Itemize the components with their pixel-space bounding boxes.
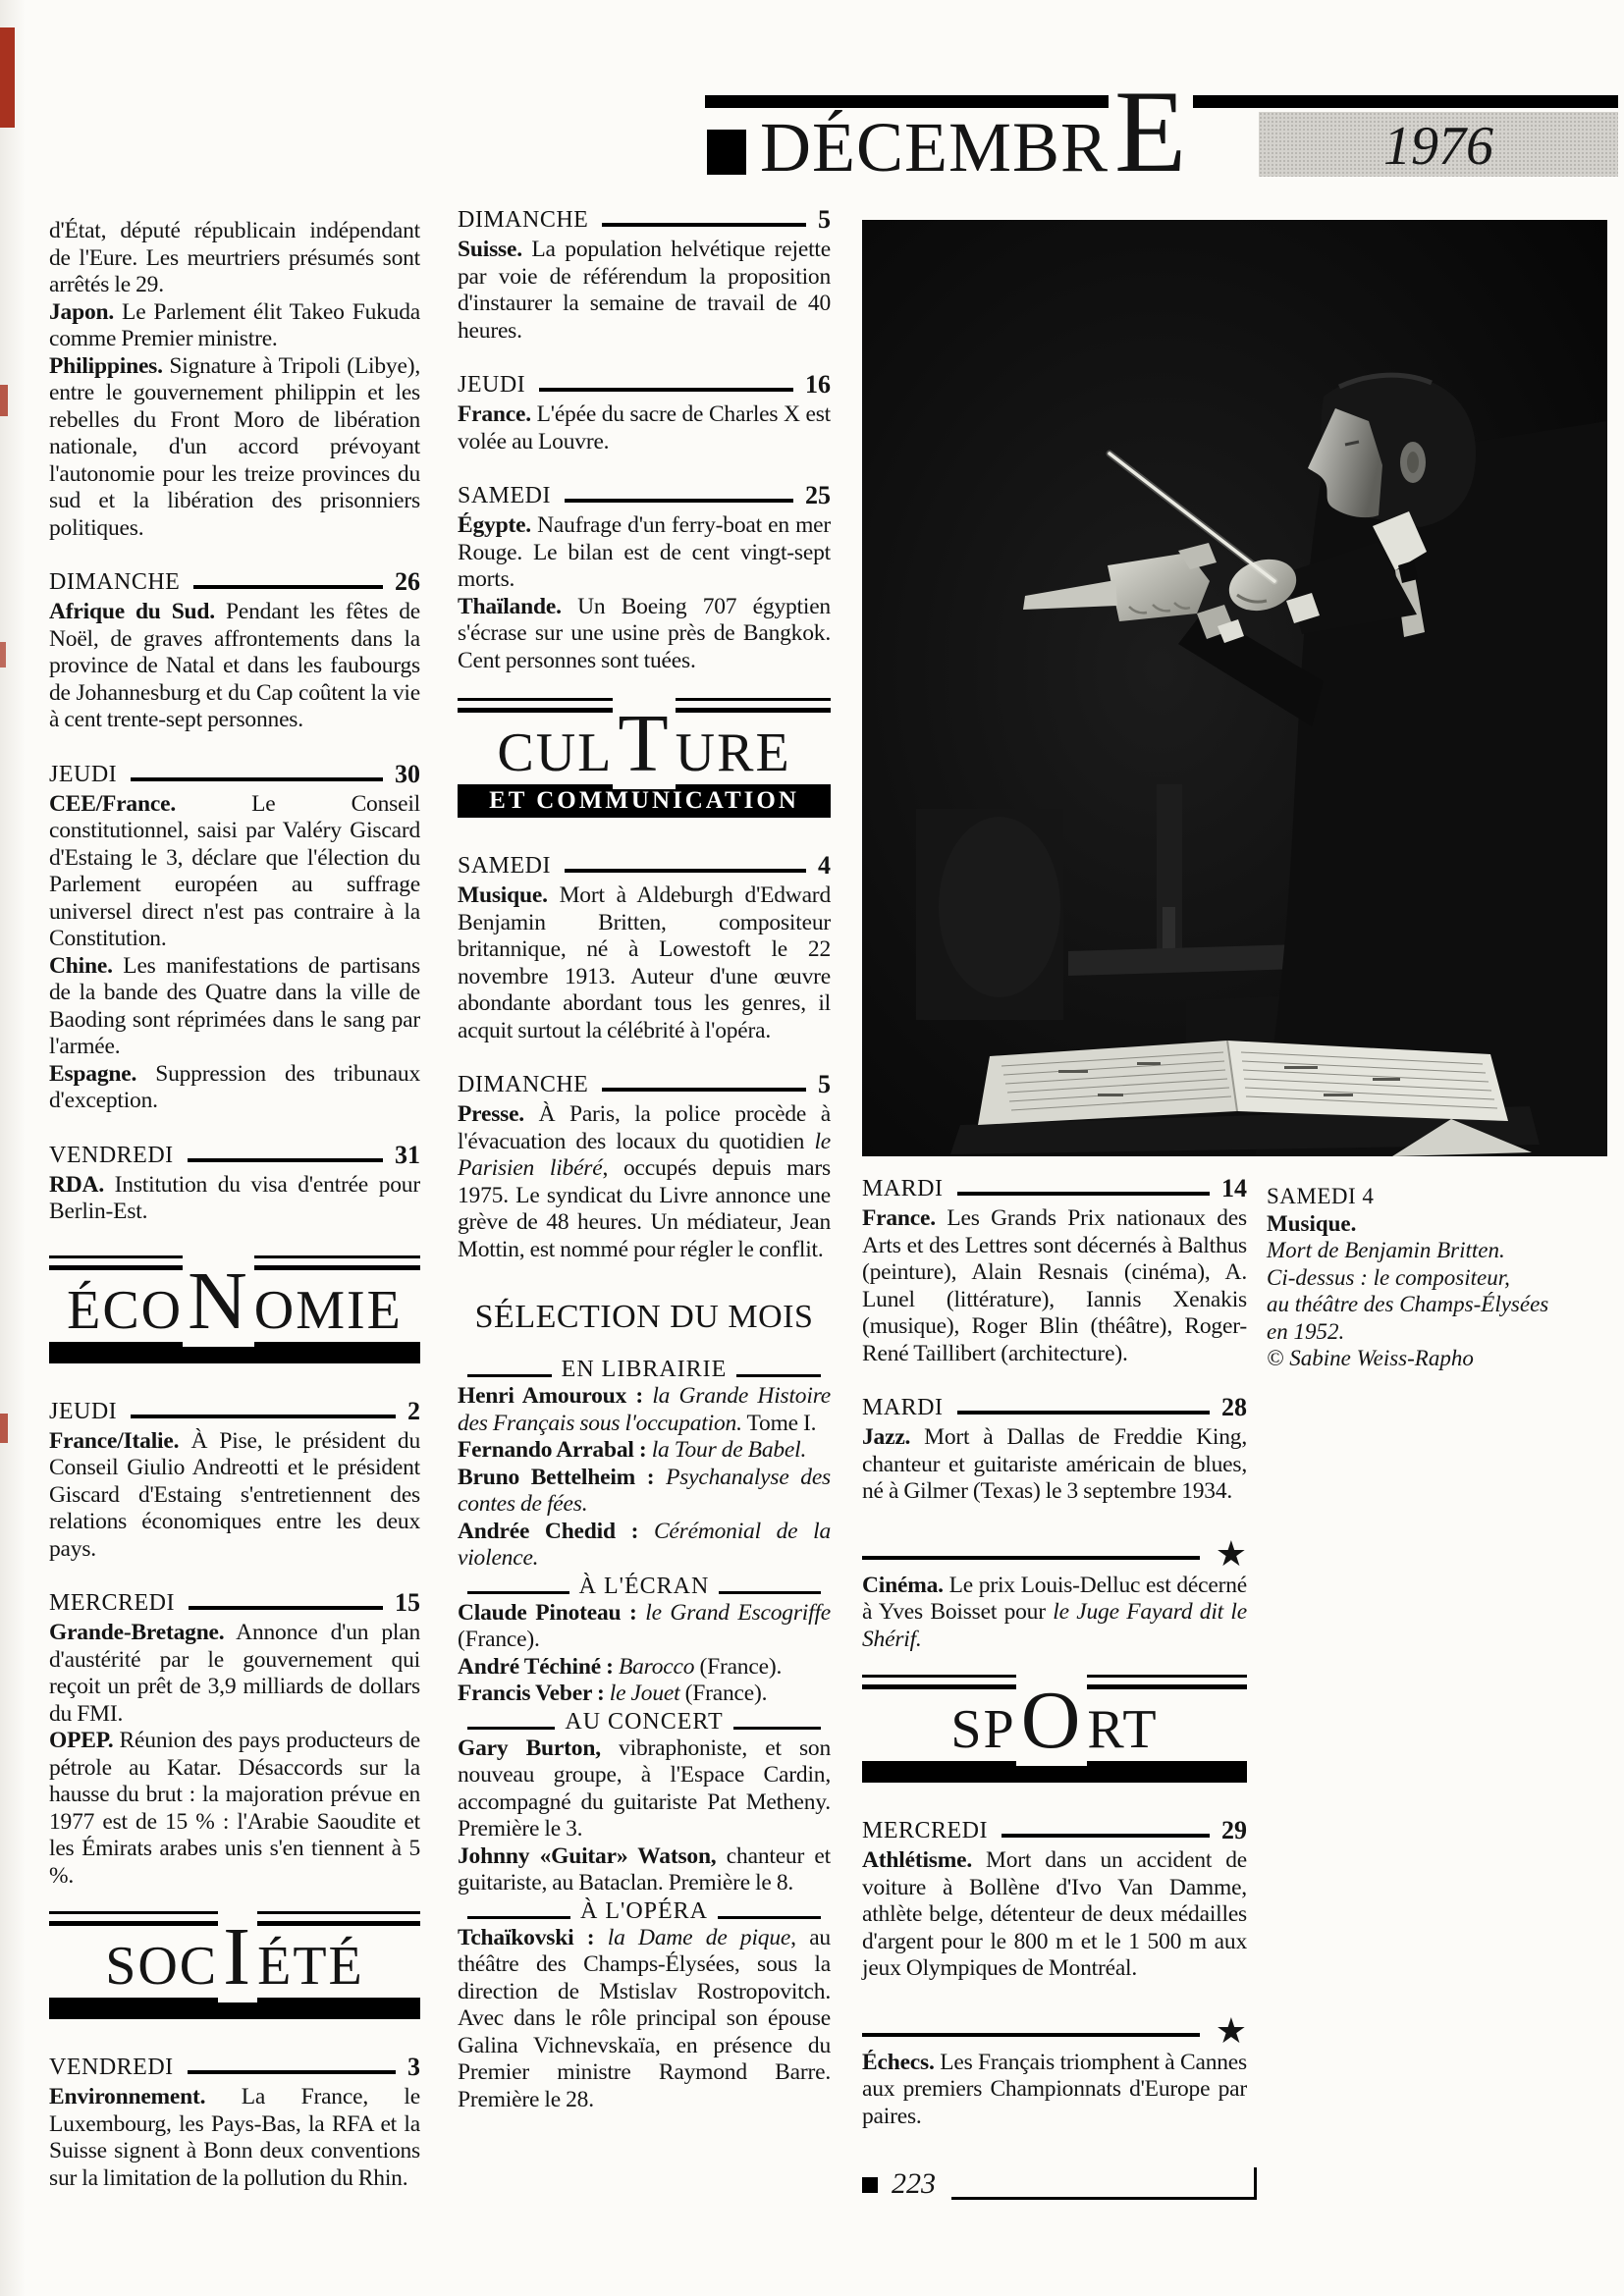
text-run: Tome I. [742, 1411, 817, 1436]
day-heading: SAMEDI25 [458, 482, 831, 509]
day-number: 2 [407, 1398, 420, 1425]
section-title: CULTURE [458, 698, 831, 799]
text-run: Mort à Dallas de Freddie King, chanteur … [862, 1424, 1247, 1504]
italic-run: le Grand Escogriffe [637, 1600, 831, 1626]
day-label: DIMANCHE [458, 206, 588, 234]
year-box: 1976 [1259, 112, 1618, 177]
day-label: MERCREDI [49, 1589, 175, 1617]
paragraph: Suisse. La population helvétique rejette… [458, 237, 831, 345]
square-bullet-icon [862, 2177, 878, 2193]
day-number: 26 [395, 568, 420, 596]
bold-run: France. [458, 401, 531, 427]
bold-run: Thaïlande. [458, 594, 562, 619]
day-label: MARDI [862, 1394, 944, 1421]
subsection-label: À L'OPÉRA [580, 1897, 708, 1925]
paragraph: Jazz. Mort à Dallas de Freddie King, cha… [862, 1424, 1247, 1506]
bold-run: Johnny «Guitar» Watson, [458, 1843, 716, 1869]
section-heading-sport: SPORT [862, 1675, 1247, 1790]
subsection-heading: AU CONCERT [458, 1708, 831, 1735]
month-title-big-letter: E [1109, 66, 1193, 196]
section-title-pre: SP [950, 1699, 1015, 1760]
bold-run: Claude Pinoteau : [458, 1600, 637, 1626]
bold-run: Afrique du Sud. [49, 599, 215, 624]
column-sport: MARDI14France. Les Grands Prix nationaux… [862, 1153, 1247, 2130]
day-rule [188, 2070, 396, 2074]
page-number: 223 [892, 2168, 936, 2200]
section-heading-economie: ÉCONOMIE [49, 1255, 420, 1371]
square-bullet-icon [707, 130, 746, 175]
photo-illustration [862, 220, 1607, 1156]
scan-artifact [0, 385, 8, 416]
subsection-rule [736, 1374, 821, 1377]
section-title: SPORT [862, 1675, 1247, 1776]
paragraph: Grande-Bretagne. Annonce d'un plan d'aus… [49, 1620, 420, 1728]
month-title: DÉCEMBRE [707, 84, 1193, 183]
footer-rule [951, 2167, 1257, 2200]
caption-line: en 1952. [1267, 1318, 1610, 1346]
subsection-label: EN LIBRAIRIE [562, 1356, 728, 1383]
subsection-heading: À L'ÉCRAN [458, 1573, 831, 1600]
day-rule [602, 1088, 806, 1092]
day-rule [539, 388, 793, 392]
bold-run: Environnement. [49, 2084, 205, 2109]
day-rule [565, 499, 793, 503]
paragraph: Presse. À Paris, la police procède à l'é… [458, 1101, 831, 1263]
photo-caption: SAMEDI 4 Musique. Mort de Benjamin Britt… [1267, 1183, 1610, 1372]
section-title-post: OMIE [254, 1280, 403, 1341]
day-heading: JEUDI30 [49, 761, 420, 788]
magazine-page: { "header": { "square": "■", "title_pre"… [0, 0, 1624, 2296]
day-heading: SAMEDI4 [458, 852, 831, 880]
text-run: , au théâtre des Champs-Élysées, sous la… [458, 1925, 831, 2112]
paragraph: Claude Pinoteau : le Grand Escogriffe (F… [458, 1600, 831, 1654]
bold-run: Athlétisme. [862, 1847, 972, 1873]
day-label: VENDREDI [49, 1142, 174, 1169]
day-label: JEUDI [49, 1398, 117, 1425]
paragraph: Cinéma. Le prix Louis-Delluc est décerné… [862, 1573, 1247, 1654]
paragraph: Bruno Bettelheim : Psychanalyse des cont… [458, 1465, 831, 1519]
section-title-pre: ÉCO [67, 1280, 183, 1341]
bold-run: Échecs. [862, 2050, 935, 2075]
text-run: (France). [679, 1681, 767, 1706]
caption-line: au théâtre des Champs-Élysées [1267, 1291, 1610, 1318]
paragraph: Égypte. Naufrage d'un ferry-boat en mer … [458, 512, 831, 594]
section-heading-culture: CULTUREET COMMUNICATION [458, 698, 831, 826]
day-label: DIMANCHE [49, 568, 180, 596]
day-label: JEUDI [458, 371, 525, 399]
paragraph: RDA. Institution du visa d'entrée pour B… [49, 1172, 420, 1226]
paragraph: OPEP. Réunion des pays producteurs de pé… [49, 1728, 420, 1890]
subsection-rule [733, 1727, 821, 1730]
day-rule [565, 869, 806, 873]
photo-benjamin-britten-conducting [862, 220, 1607, 1156]
subsection-label: À L'ÉCRAN [579, 1573, 710, 1600]
day-heading: MERCREDI29 [862, 1817, 1247, 1844]
day-label: SAMEDI [458, 852, 551, 880]
text-run: Signature à Tripoli (Libye), entre le go… [49, 353, 420, 541]
subsection-rule [467, 1591, 569, 1594]
italic-run: le Jouet [605, 1681, 680, 1706]
selection-title: SÉLECTION DU MOIS [458, 1299, 831, 1336]
day-number: 5 [818, 206, 831, 234]
bold-run: Gary Burton, [458, 1735, 601, 1761]
star-divider: ★ [862, 2014, 1247, 2048]
day-heading: MERCREDI15 [49, 1589, 420, 1617]
day-heading: VENDREDI31 [49, 1142, 420, 1169]
column-international: d'État, député républicain indépendant d… [49, 218, 420, 2192]
day-label: JEUDI [49, 761, 117, 788]
text-run: d'État, député républicain indépendant d… [49, 218, 420, 297]
text-run: (France). [458, 1627, 540, 1652]
day-number: 14 [1221, 1175, 1247, 1202]
section-title-big-letter: T [613, 698, 675, 789]
bold-run: Grande-Bretagne. [49, 1620, 224, 1645]
bold-run: Henri Amouroux : [458, 1383, 643, 1409]
bold-run: Fernando Arrabal : [458, 1437, 647, 1463]
paragraph: Andrée Chedid : Cérémonial de la violenc… [458, 1519, 831, 1573]
day-heading: JEUDI16 [458, 371, 831, 399]
caption-text: Mort de Benjamin Britten.Ci-dessus : le … [1267, 1237, 1610, 1345]
subsection-rule [719, 1591, 821, 1594]
day-heading: DIMANCHE26 [49, 568, 420, 596]
day-number: 16 [805, 371, 831, 399]
bold-run: Francis Veber : [458, 1681, 605, 1706]
paragraph: d'État, député républicain indépendant d… [49, 218, 420, 299]
day-heading: DIMANCHE5 [458, 1071, 831, 1098]
bold-run: Presse. [458, 1101, 524, 1127]
bold-run: Égypte. [458, 512, 531, 538]
paragraph: Gary Burton, vibraphoniste, et son nouve… [458, 1735, 831, 1843]
star-divider: ★ [862, 1537, 1247, 1571]
caption-line: Ci-dessus : le compositeur, [1267, 1264, 1610, 1292]
day-label: VENDREDI [49, 2054, 174, 2081]
section-heading-societe: SOCIÉTÉ [49, 1911, 420, 2027]
bold-run: Musique. [458, 882, 548, 908]
paragraph: Henri Amouroux : la Grande Histoire des … [458, 1383, 831, 1437]
day-number: 15 [395, 1589, 420, 1617]
paragraph: France. L'épée du sacre de Charles X est… [458, 401, 831, 455]
bold-run: RDA. [49, 1172, 104, 1198]
day-number: 25 [805, 482, 831, 509]
month-title-text: DÉCEMBRE [760, 96, 1193, 183]
section-title-big-letter: N [183, 1255, 254, 1347]
italic-run: la Dame de pique [594, 1925, 790, 1950]
day-rule [957, 1192, 1210, 1196]
day-rule [131, 777, 383, 781]
bold-run: France/Italie. [49, 1428, 179, 1454]
section-title-post: ÉTÉ [257, 1936, 364, 1997]
bold-run: André Téchiné : [458, 1654, 614, 1680]
day-rule [188, 1158, 383, 1162]
section-title-big-letter: I [218, 1911, 257, 2002]
section-title: ÉCONOMIE [49, 1255, 420, 1357]
paragraph: France/Italie. À Pise, le président du C… [49, 1428, 420, 1564]
day-rule [602, 223, 806, 227]
section-title-pre: CUL [497, 722, 613, 783]
paragraph: Francis Veber : le Jouet (France). [458, 1681, 831, 1708]
paragraph: Espagne. Suppression des tribunaux d'exc… [49, 1061, 420, 1115]
bold-run: Tchaïkovski : [458, 1925, 594, 1950]
section-title-post: RT [1087, 1699, 1158, 1760]
paragraph: Japon. Le Parlement élit Takeo Fukuda co… [49, 299, 420, 353]
day-rule [957, 1411, 1210, 1415]
paragraph: Thaïlande. Un Boeing 707 égyptien s'écra… [458, 594, 831, 675]
day-number: 31 [395, 1142, 420, 1169]
scan-edge-shading [0, 0, 26, 2296]
paragraph: Johnny «Guitar» Watson, chanteur et guit… [458, 1843, 831, 1897]
star-rule [862, 2033, 1200, 2037]
bold-run: Japon. [49, 299, 114, 325]
day-heading: JEUDI2 [49, 1398, 420, 1425]
text-run: (France). [694, 1654, 782, 1680]
day-rule [193, 585, 383, 589]
italic-run: la Tour de Babel. [647, 1437, 807, 1463]
day-number: 3 [407, 2054, 420, 2081]
day-heading: MARDI28 [862, 1394, 1247, 1421]
caption-rubric: Musique. [1267, 1210, 1610, 1238]
bold-run: Espagne. [49, 1061, 136, 1087]
bold-run: Cinéma. [862, 1573, 944, 1598]
scan-artifact [0, 642, 6, 667]
paragraph: Afrique du Sud. Pendant les fêtes de Noë… [49, 599, 420, 734]
paragraph: CEE/France. Le Conseil constitutionnel, … [49, 791, 420, 953]
section-title-post: URE [676, 722, 791, 783]
subsection-rule [467, 1727, 555, 1730]
star-icon: ★ [1216, 1537, 1247, 1571]
day-number: 4 [818, 852, 831, 880]
year-label: 1976 [1383, 111, 1493, 178]
bold-run: France. [862, 1205, 936, 1231]
bold-run: Jazz. [862, 1424, 910, 1450]
day-rule [189, 1606, 383, 1610]
star-rule [862, 1556, 1200, 1560]
section-title: SOCIÉTÉ [49, 1911, 420, 2012]
day-rule [1001, 1834, 1210, 1838]
bold-run: Chine. [49, 953, 113, 979]
bold-run: Bruno Bettelheim : [458, 1465, 654, 1490]
day-heading: VENDREDI3 [49, 2054, 420, 2081]
page-footer: 223 [862, 2167, 1257, 2200]
bold-run: OPEP. [49, 1728, 113, 1753]
subsection-rule [467, 1374, 552, 1377]
paragraph: Fernando Arrabal : la Tour de Babel. [458, 1437, 831, 1465]
bold-run: Suisse. [458, 237, 522, 262]
star-icon: ★ [1216, 2014, 1247, 2048]
day-number: 29 [1221, 1817, 1247, 1844]
day-number: 5 [818, 1071, 831, 1098]
italic-run: Barocco [614, 1654, 695, 1680]
section-title-pre: SOC [105, 1936, 218, 1997]
day-label: SAMEDI [458, 482, 551, 509]
bold-run: Philippines. [49, 353, 163, 379]
paragraph: André Téchiné : Barocco (France). [458, 1654, 831, 1682]
paragraph: Tchaïkovski : la Dame de pique, au théât… [458, 1925, 831, 2114]
text-run: Institution du visa d'entrée pour Berlin… [49, 1172, 420, 1225]
paragraph: Environnement. La France, le Luxembourg,… [49, 2084, 420, 2192]
subsection-rule [718, 1916, 821, 1919]
subsection-label: AU CONCERT [565, 1708, 723, 1735]
day-heading: DIMANCHE5 [458, 206, 831, 234]
section-title-big-letter: O [1016, 1675, 1088, 1766]
subsection-heading: EN LIBRAIRIE [458, 1356, 831, 1383]
paragraph: Athlétisme. Mort dans un accident de voi… [862, 1847, 1247, 1983]
caption-date: SAMEDI 4 [1267, 1183, 1610, 1210]
day-number: 30 [395, 761, 420, 788]
caption-line: Mort de Benjamin Britten. [1267, 1237, 1610, 1264]
column-culture: DIMANCHE5Suisse. La population helvétiqu… [458, 206, 831, 2113]
paragraph: France. Les Grands Prix nationaux des Ar… [862, 1205, 1247, 1367]
bold-run: CEE/France. [49, 791, 176, 817]
paragraph: Philippines. Signature à Tripoli (Libye)… [49, 353, 420, 543]
day-rule [131, 1415, 396, 1418]
day-label: DIMANCHE [458, 1071, 588, 1098]
paragraph: Chine. Les manifestations de partisans d… [49, 953, 420, 1061]
subsection-rule [467, 1916, 570, 1919]
day-number: 28 [1221, 1394, 1247, 1421]
paragraph: Musique. Mort à Aldeburgh d'Edward Benja… [458, 882, 831, 1044]
scan-artifact [0, 1414, 8, 1443]
bold-run: Andrée Chedid : [458, 1519, 638, 1544]
day-label: MERCREDI [862, 1817, 988, 1844]
paragraph: Échecs. Les Français triomphent à Cannes… [862, 2050, 1247, 2131]
caption-credit: © Sabine Weiss-Rapho [1267, 1345, 1610, 1372]
day-label: MARDI [862, 1175, 944, 1202]
day-heading: MARDI14 [862, 1175, 1247, 1202]
subsection-heading: À L'OPÉRA [458, 1897, 831, 1925]
scan-artifact [0, 27, 15, 128]
